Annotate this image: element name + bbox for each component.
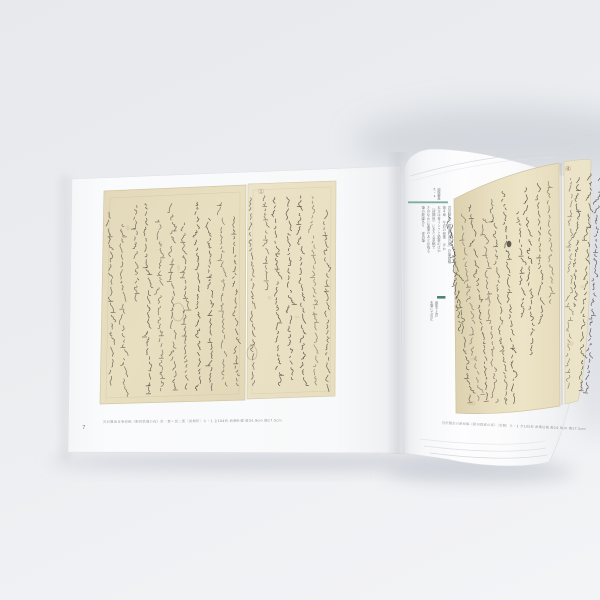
sheet-number-circled-left: ① (258, 188, 264, 196)
paper-age-spot (580, 285, 586, 288)
paper-age-spot (177, 265, 180, 271)
commentary-heading-text: 図版解説 (437, 188, 442, 201)
manuscript-sheet-left-2 (247, 181, 336, 399)
commentary-column: 筆の経緯あり 青自筆 (419, 206, 424, 298)
sheet-number-circled-right: ④ (565, 165, 572, 173)
paper-age-spot (126, 225, 130, 231)
paper-age-spot (468, 401, 476, 406)
commentary-footnote-column: 承前十七頁 (433, 301, 438, 327)
commentary-column: 本文は青インクと鉛筆のほか (435, 206, 440, 298)
paper-age-spot (295, 316, 300, 318)
commentary-subheading-text: ち・1 (432, 188, 437, 201)
commentary-heading: 図版解説 ち・1 (432, 188, 441, 201)
commentary-block: 宮沢賢治「銀河鉄道の夜」自筆原稿 第４章 午后の授業 ほか 本文は青インクと鉛筆… (419, 206, 451, 298)
paper-age-spot (567, 341, 574, 346)
photo-backdrop: 宮沢賢治自筆原稿《銀河鉄道の夜》第一葉〜第二葉〔初期形〕ち・1 全104枚 新潮… (0, 0, 600, 600)
open-book-photo (0, 0, 600, 600)
spine-gutter-shade (386, 152, 410, 454)
commentary-column: そのなかに加筆のあとが残る (425, 206, 430, 298)
manuscript-sheet-right-1 (454, 163, 560, 414)
manuscript-right-spread (454, 160, 591, 414)
commentary-column: 宮沢賢治「銀河鉄道の夜」自筆原稿 (446, 206, 451, 298)
page-number: 7 (82, 425, 86, 431)
paper-age-spot (470, 357, 477, 360)
paper-age-spot (268, 296, 272, 300)
commentary-footnote-column: 朱筆にて訂正 (428, 301, 433, 327)
commentary-footnote: 承前十七頁 朱筆にて訂正 (428, 301, 438, 327)
ink-blot (507, 241, 512, 247)
commentary-teal-rule (408, 201, 448, 203)
commentary-column: 第４章 午后の授業 ほか (440, 206, 445, 298)
